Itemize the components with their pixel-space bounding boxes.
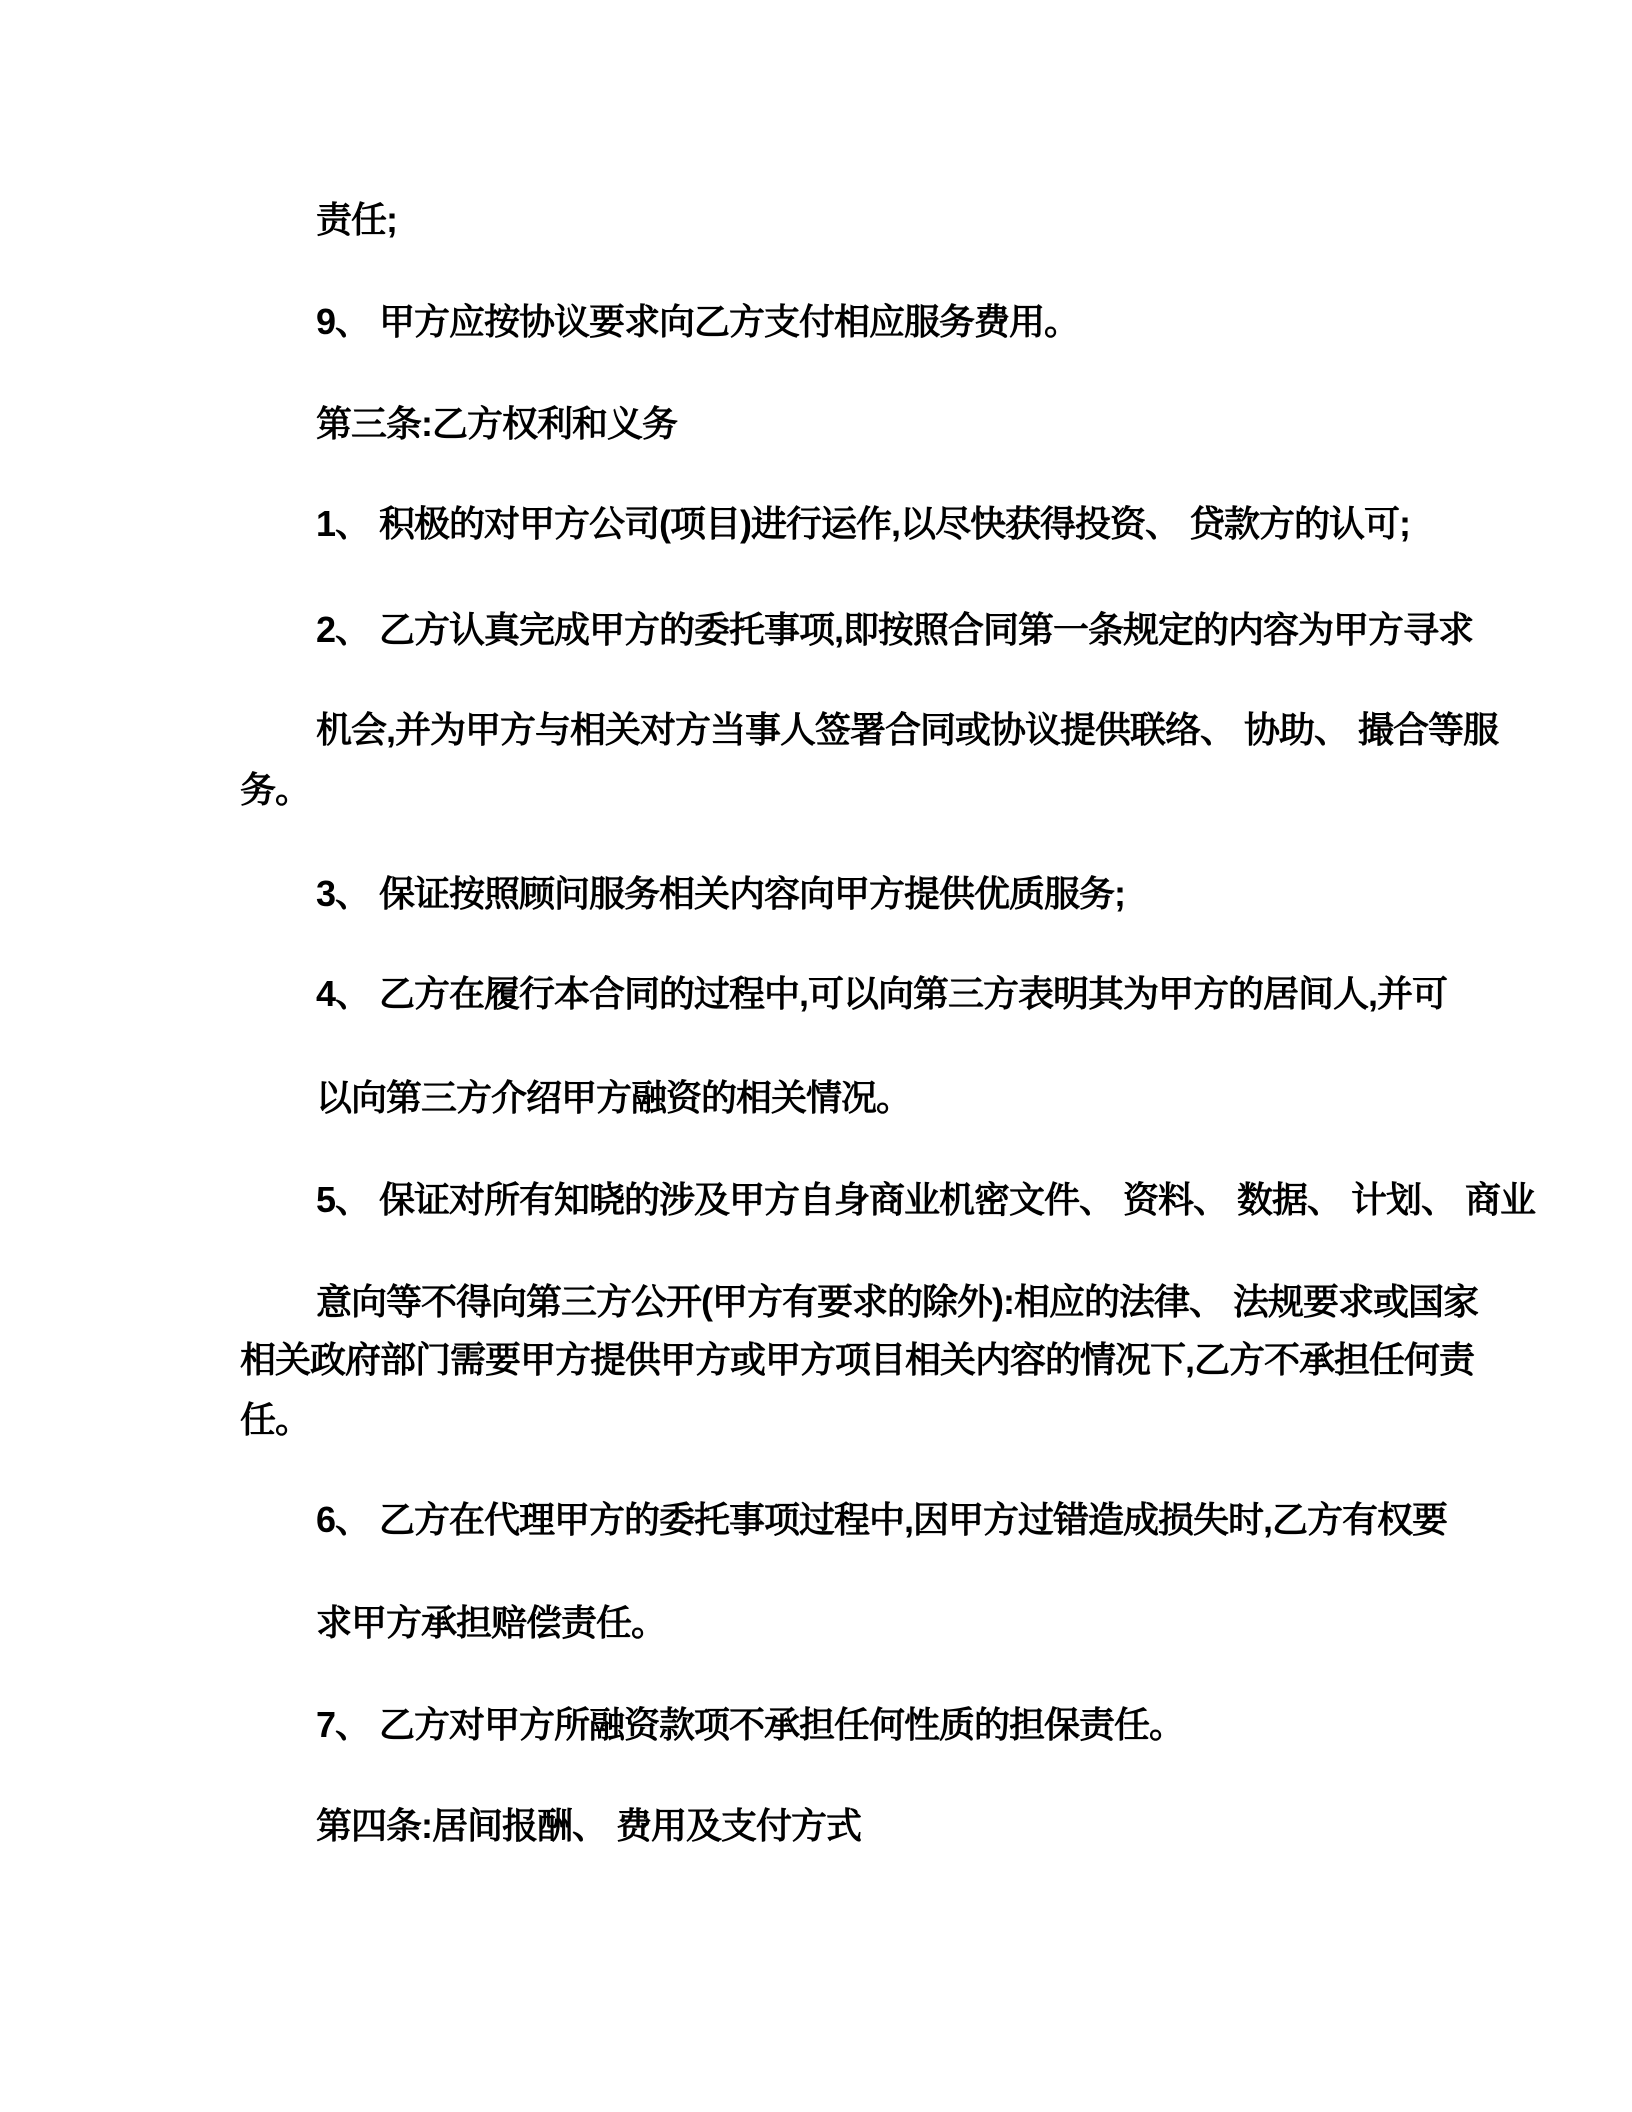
text-line: 求甲方承担赔偿责任。 [316, 1603, 666, 1643]
text-line: 第四条:居间报酬、 费用及支付方式 [316, 1806, 861, 1846]
text-line: 5、 保证对所有知晓的涉及甲方自身商业机密文件、 资料、 数据、 计划、 商业 [316, 1180, 1535, 1220]
text-line: 7、 乙方对甲方所融资款项不承担任何性质的担保责任。 [316, 1705, 1184, 1745]
text-line: 6、 乙方在代理甲方的委托事项过程中,因甲方过错造成损失时,乙方有权要 [316, 1500, 1447, 1540]
text-line: 相关政府部门需要甲方提供甲方或甲方项目相关内容的情况下,乙方不承担任何责 [240, 1340, 1474, 1380]
contract-document: 责任;9、 甲方应按协议要求向乙方支付相应服务费用。第三条:乙方权利和义务1、 … [0, 0, 1632, 2112]
text-line: 以向第三方介绍甲方融资的相关情况。 [316, 1078, 911, 1118]
text-line: 责任; [316, 200, 397, 240]
text-line: 1、 积极的对甲方公司(项目)进行运作,以尽快获得投资、 贷款方的认可; [316, 504, 1410, 544]
text-line: 9、 甲方应按协议要求向乙方支付相应服务费用。 [316, 302, 1079, 342]
text-line: 第三条:乙方权利和义务 [316, 404, 677, 444]
text-line: 3、 保证按照顾问服务相关内容向甲方提供优质服务; [316, 874, 1125, 914]
text-line: 4、 乙方在履行本合同的过程中,可以向第三方表明其为甲方的居间人,并可 [316, 974, 1447, 1014]
text-line: 2、 乙方认真完成甲方的委托事项,即按照合同第一条规定的内容为甲方寻求 [316, 610, 1473, 650]
document-page: 责任;9、 甲方应按协议要求向乙方支付相应服务费用。第三条:乙方权利和义务1、 … [0, 0, 1632, 2112]
text-line: 意向等不得向第三方公开(甲方有要求的除外):相应的法律、 法规要求或国家 [316, 1282, 1478, 1322]
text-line: 务。 [240, 770, 310, 810]
text-line: 机会,并为甲方与相关对方当事人签署合同或协议提供联络、 协助、 撮合等服 [316, 710, 1498, 750]
text-line: 任。 [240, 1400, 310, 1440]
